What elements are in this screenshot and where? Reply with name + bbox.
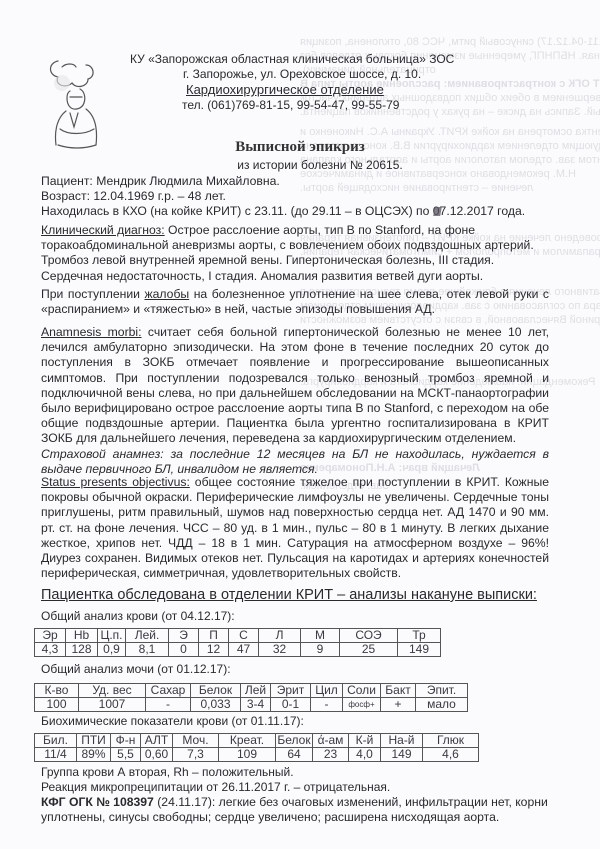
urine-header-cell: Цил — [311, 684, 343, 698]
biochem-value-cell: 89% — [77, 748, 111, 762]
labs-section-title: Пациентка обследована в отделении КРИТ –… — [41, 587, 537, 603]
biochem-header-row: Бил.ПТИФ-нАЛТМоч.Креат.Белокά-амК-йНа-йГ… — [35, 734, 479, 748]
xray-report: КФГ ОГК № 108397 (24.11.17): легкие без … — [41, 795, 561, 825]
biochem-value-row: 11/489%5,50,607,310964234,01494,6 — [35, 748, 479, 762]
insurance-anamnesis: Страховой анамнез: за последние 12 месяц… — [41, 447, 549, 477]
anamnesis-text: считает себя больной гипертонической бол… — [41, 325, 549, 445]
blood-value-cell: 149 — [398, 643, 441, 657]
complaints-label: жалобы — [144, 287, 189, 301]
blood-value-cell: 128 — [66, 643, 98, 657]
biochem-value-cell: 4,0 — [349, 748, 381, 762]
diagnosis-line-3: Тромбоз левой внутренней яремной вены. Г… — [41, 253, 494, 267]
diagnosis-label: Клинический диагноз: — [41, 223, 165, 237]
patient-name: Пациент: Мендрик Людмила Михайловна. — [41, 174, 549, 189]
clinical-diagnosis: Клинический диагноз: Острое расслоение а… — [41, 223, 549, 284]
biochem-value-cell: 11/4 — [35, 748, 77, 762]
biochem-value-cell: 64 — [276, 748, 313, 762]
biochem-header-cell: Белок — [276, 734, 313, 748]
urine-value-cell: - — [311, 698, 343, 712]
urine-header-cell: Эпит. — [416, 684, 468, 698]
blood-header-cell: М — [301, 629, 340, 643]
biochem-header-cell: Креат. — [219, 734, 276, 748]
urine-value-cell: 1007 — [79, 698, 146, 712]
blood-header-cell: С — [229, 629, 259, 643]
biochem-header-cell: ПТИ — [77, 734, 111, 748]
department-phones: тел. (061)769-81-15, 99-54-47, 99-55-79 — [182, 98, 399, 112]
urine-header-cell: Белок — [191, 684, 241, 698]
blood-header-cell: Hb — [66, 629, 98, 643]
urine-header-cell: Сахар — [146, 684, 191, 698]
diagnosis-line-4: Сердечная недостаточность, I стадия. Ано… — [41, 269, 483, 283]
biochem-value-cell: 109 — [219, 748, 276, 762]
urine-header-cell: Лей — [241, 684, 271, 698]
blood-header-cell: Тр — [398, 629, 441, 643]
document-title: Выписной эпикриз — [0, 139, 600, 156]
diagnosis-line-1: Острое расслоение аорты, тип В по Stanfo… — [165, 223, 475, 237]
institution-name: КУ «Запорожская областная клиническая бо… — [130, 52, 454, 66]
urine-header-cell: Эрит — [271, 684, 311, 698]
patient-age: Возраст: 12.04.1969 г.р. – 48 лет. — [41, 189, 549, 204]
urine-test-caption: Общий анализ мочи (от 01.12.17): — [41, 662, 231, 676]
blood-header-cell: Л — [259, 629, 301, 643]
blood-header-cell: СОЭ — [340, 629, 398, 643]
stay-prefix: Находилась в КХО (на койке КРИТ) с 23.11… — [41, 204, 433, 218]
anamnesis-label: Anamnesis morbi: — [41, 325, 142, 339]
biochem-header-cell: Моч. — [173, 734, 219, 748]
urine-test-table: К-воУд. весСахарБелокЛейЭритЦилСолиБактЭ… — [34, 683, 468, 712]
blood-value-cell: 25 — [340, 643, 398, 657]
urine-value-cell: 0-1 — [271, 698, 311, 712]
biochem-value-cell: 149 — [381, 748, 423, 762]
urine-value-cell: 3-4 — [241, 698, 271, 712]
blood-value-cell: 9 — [301, 643, 340, 657]
biochem-header-cell: АЛТ — [141, 734, 173, 748]
biochem-header-cell: На-й — [381, 734, 423, 748]
blood-test-caption: Общий анализ крови (от 04.12.17): — [41, 609, 235, 623]
status-text: общее состояние тяжелое при поступлении … — [41, 475, 549, 580]
department-name: Кардиохирургическое отделение — [186, 82, 384, 97]
blood-header-cell: П — [199, 629, 229, 643]
urine-value-cell: - — [146, 698, 191, 712]
patient-stay: Находилась в КХО (на койке КРИТ) с 23.11… — [41, 204, 549, 219]
biochem-caption: Биохимические показатели крови (от 01.11… — [41, 714, 304, 728]
blood-header-row: ЭрHbЦ.п.Лей.ЭПСЛМСОЭТр — [35, 629, 441, 643]
status-label: Status presents objectivus: — [41, 475, 190, 489]
blood-value-cell: 0,9 — [98, 643, 126, 657]
anamnesis-morbi: Anamnesis morbi: считает себя больной ги… — [41, 325, 549, 477]
diagnosis-line-2: торакоабдоминальной аневризмы аорты, с в… — [41, 238, 534, 252]
urine-header-cell: Бакт — [381, 684, 416, 698]
urine-value-cell: + — [381, 698, 416, 712]
biochem-value-cell: 0,60 — [141, 748, 173, 762]
document-subtitle: из истории болезни № 20615. — [0, 158, 600, 172]
blood-value-cell: 47 — [229, 643, 259, 657]
microprecipitation-result: Реакция микропреципитации от 26.11.2017 … — [41, 780, 390, 794]
stay-suffix: .12.2017 года. — [446, 204, 525, 218]
urine-header-row: К-воУд. весСахарБелокЛейЭритЦилСолиБактЭ… — [35, 684, 468, 698]
biochem-value-cell: 5,5 — [111, 748, 141, 762]
blood-group: Группа крови А вторая, Rh – положительны… — [41, 765, 294, 779]
biochem-header-cell: Бил. — [35, 734, 77, 748]
blood-value-cell: 8,1 — [126, 643, 169, 657]
complaints: При поступлении жалобы на болезненное уп… — [41, 287, 549, 317]
biochem-header-cell: К-й — [349, 734, 381, 748]
blood-header-cell: Эр — [35, 629, 66, 643]
blood-value-cell: 12 — [199, 643, 229, 657]
blood-value-cell: 0 — [169, 643, 199, 657]
urine-header-cell: К-во — [35, 684, 79, 698]
urine-value-cell: мало — [416, 698, 468, 712]
biochem-header-cell: Глюк — [423, 734, 479, 748]
biochem-table: Бил.ПТИФ-нАЛТМоч.Креат.Белокά-амК-йНа-йГ… — [34, 733, 479, 762]
institution-address: г. Запорожье, ул. Ореховское шоссе, д. 1… — [183, 67, 421, 81]
urine-header-cell: Соли — [343, 684, 381, 698]
status-objectivus: Status presents objectivus: общее состоя… — [41, 475, 549, 581]
biochem-value-cell: 4,6 — [423, 748, 479, 762]
xray-label: КФГ ОГК № 108397 — [41, 795, 154, 809]
corrected-date-digit: 07 — [433, 204, 447, 218]
urine-value-cell: 0,033 — [191, 698, 241, 712]
biochem-value-cell: 7,3 — [173, 748, 219, 762]
blood-value-cell: 32 — [259, 643, 301, 657]
biochem-value-cell: 23 — [313, 748, 349, 762]
complaints-prefix: При поступлении — [41, 287, 144, 301]
blood-header-cell: Ц.п. — [98, 629, 126, 643]
biochem-header-cell: ά-ам — [313, 734, 349, 748]
blood-value-row: 4,31280,98,10124732925149 — [35, 643, 441, 657]
urine-value-cell: 100 — [35, 698, 79, 712]
urine-value-row: 1001007-0,0333-40-1-фосф++мало — [35, 698, 468, 712]
biochem-header-cell: Ф-н — [111, 734, 141, 748]
blood-header-cell: Лей. — [126, 629, 169, 643]
blood-test-table: ЭрHbЦ.п.Лей.ЭПСЛМСОЭТр 4,31280,98,101247… — [34, 628, 441, 657]
blood-header-cell: Э — [169, 629, 199, 643]
urine-value-cell: фосф+ — [343, 698, 381, 712]
blood-value-cell: 4,3 — [35, 643, 66, 657]
urine-header-cell: Уд. вес — [79, 684, 146, 698]
